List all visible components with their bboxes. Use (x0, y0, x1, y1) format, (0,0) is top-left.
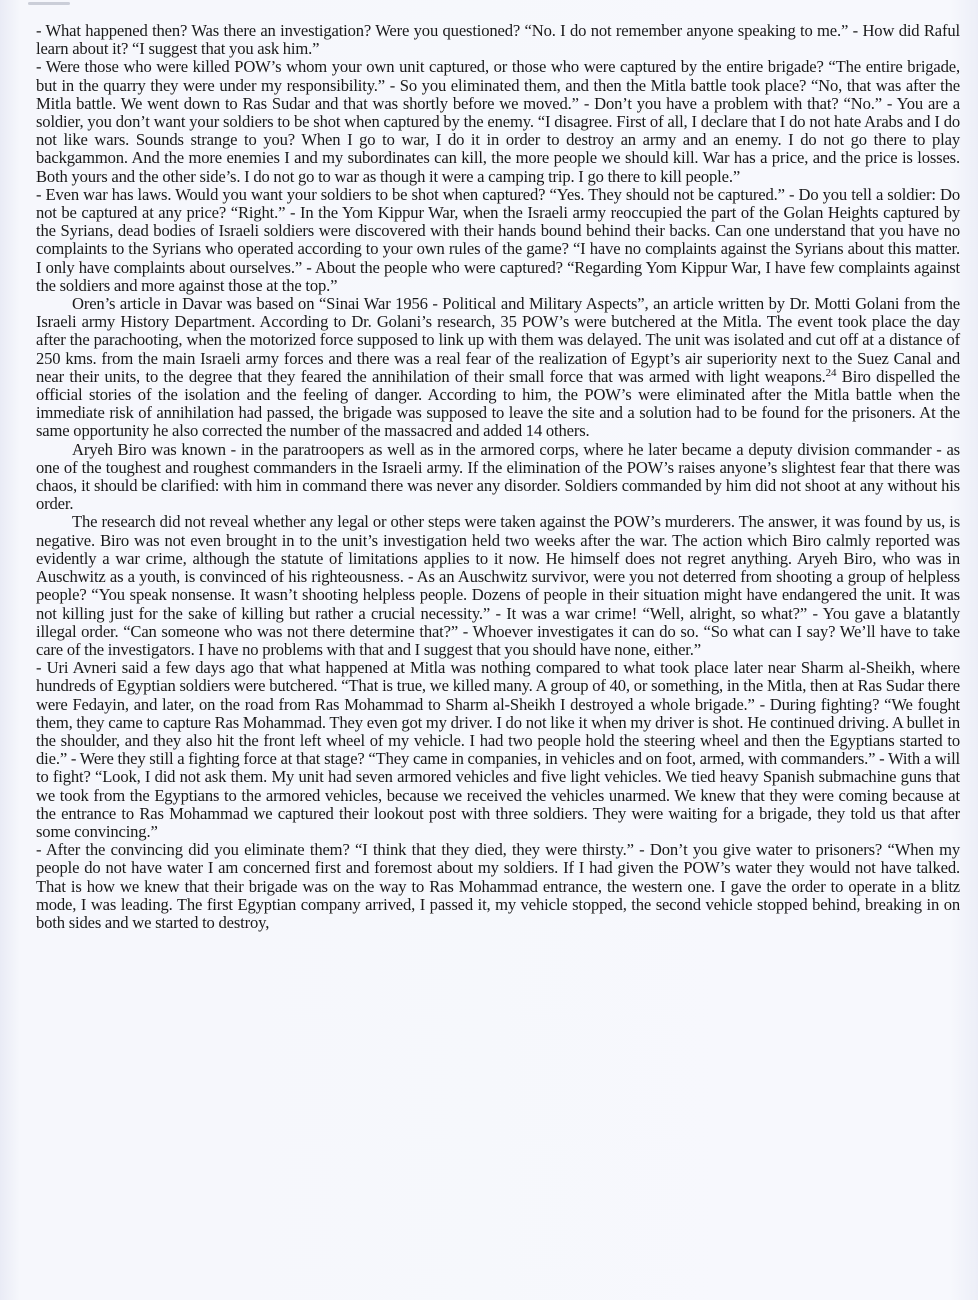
paragraph-orens-article: Oren’s article in Davar was based on “Si… (36, 295, 960, 441)
paragraph-convincing: - After the convincing did you eliminate… (36, 841, 960, 932)
document-body: - What happened then? Was there an inves… (36, 22, 960, 932)
paragraph-text: Oren’s article in Davar was based on “Si… (36, 294, 960, 386)
paragraph-aryeh-biro: Aryeh Biro was known - in the paratroope… (36, 441, 960, 514)
footnote-reference: 24 (826, 367, 837, 379)
paragraph-uri-avneri: - Uri Avneri said a few days ago that wh… (36, 659, 960, 841)
paragraph-interview-pows: - Were those who were killed POW’s whom … (36, 58, 960, 185)
scan-artifact (28, 2, 70, 5)
paragraph-interview-investigation: - What happened then? Was there an inves… (36, 22, 960, 58)
scanned-page: - What happened then? Was there an inves… (0, 0, 978, 1300)
paragraph-research: The research did not reveal whether any … (36, 513, 960, 659)
paragraph-interview-war-laws: - Even war has laws. Would you want your… (36, 186, 960, 295)
